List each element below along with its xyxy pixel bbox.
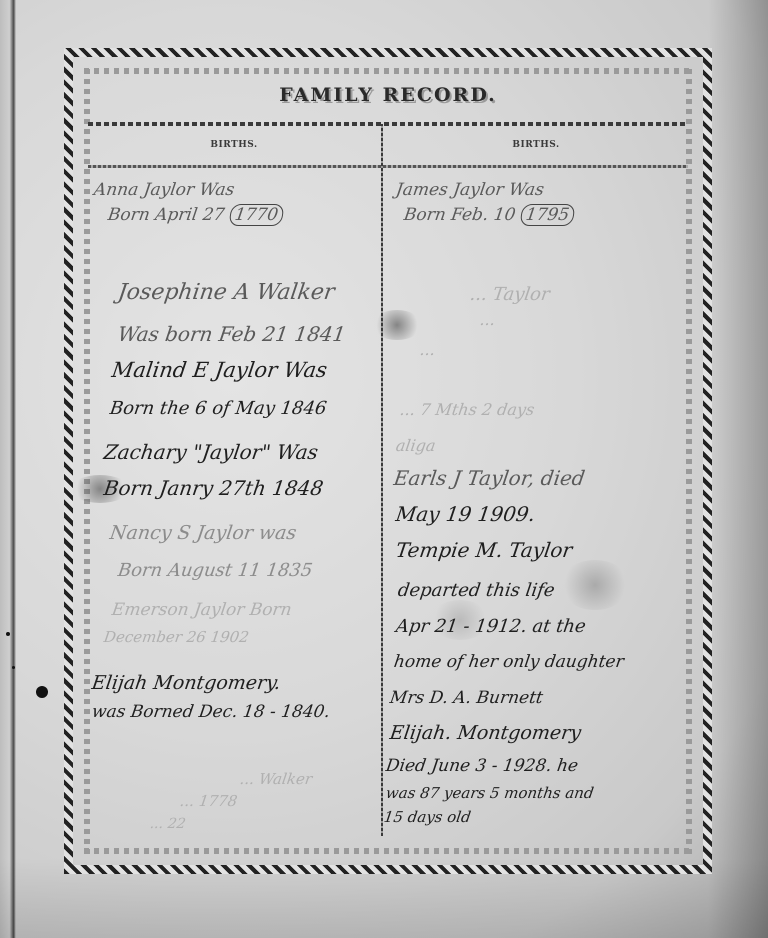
entry-line: Josephine A Walker	[116, 280, 336, 305]
entry-line: Earls J Taylor, died	[392, 466, 586, 490]
entry-line: Zachary "Jaylor" Was	[102, 440, 319, 464]
entry-line: Born the 6 of May 1846	[109, 398, 328, 419]
entry-date: Born April 27	[107, 205, 226, 225]
entry-line: Anna Jaylor Was	[93, 180, 236, 200]
title-divider	[88, 122, 688, 126]
left-column-header: BIRTHS.	[88, 140, 380, 150]
circled-year: 1795	[519, 204, 575, 226]
entry-line: December 26 1902	[103, 628, 250, 646]
entry-line: Malind E Jaylor Was	[110, 358, 328, 382]
entry-line: James Jaylor Was	[395, 180, 546, 200]
entry-line: ... Taylor	[469, 284, 552, 305]
entry-line: ... 22	[149, 816, 187, 832]
right-column-header: BIRTHS.	[384, 140, 688, 150]
ink-stain	[372, 310, 422, 340]
entry-date: Born Feb. 10	[403, 205, 517, 225]
entry-line: Nancy S Jaylor was	[108, 522, 297, 544]
ink-blot	[6, 632, 10, 636]
ink-stain	[560, 560, 630, 610]
entry-line: was Borned Dec. 18 - 1840.	[91, 702, 332, 722]
header-divider	[88, 165, 688, 168]
entry-line: was 87 years 5 months and	[385, 784, 595, 802]
entry-line: Elijah Montgomery.	[90, 672, 282, 694]
ink-blot	[12, 666, 15, 669]
entry-line: ...	[419, 340, 437, 359]
entry-line: ... Walker	[239, 770, 314, 788]
entry-line: 15 days old	[383, 808, 472, 826]
entry-line: Mrs D. A. Burnett	[389, 688, 545, 708]
entry-line: Tempie M. Taylor	[394, 538, 574, 562]
entry-line: ... 1778	[179, 792, 239, 810]
entry-line: ... 7 Mths 2 days	[399, 400, 536, 419]
entry-line: Elijah. Montgomery	[388, 722, 582, 744]
entry-line: Died June 3 - 1928. he	[385, 756, 580, 776]
entry-line: Born Janry 27th 1848	[102, 476, 325, 500]
entry-line: departed this life	[397, 580, 556, 601]
entry-line: Born August 11 1835	[117, 560, 314, 581]
entry-line: Emerson Jaylor Born	[111, 600, 293, 620]
entry-line: home of her only daughter	[393, 652, 625, 672]
ink-blot	[36, 686, 48, 698]
circled-year: 1770	[228, 204, 284, 226]
entry-line: Was born Feb 21 1841	[116, 322, 347, 346]
entry-line: Apr 21 - 1912. at the	[395, 616, 588, 637]
page-title: FAMILY RECORD.	[84, 84, 692, 106]
column-divider	[381, 124, 383, 836]
entry-line: aliga	[395, 436, 437, 455]
entry-line: Born Feb. 10 1795	[403, 205, 576, 225]
entry-line: Born April 27 1770	[107, 205, 285, 225]
binding-edge	[0, 0, 16, 938]
entry-line: May 19 1909.	[394, 502, 536, 526]
entry-line: ...	[479, 310, 497, 329]
